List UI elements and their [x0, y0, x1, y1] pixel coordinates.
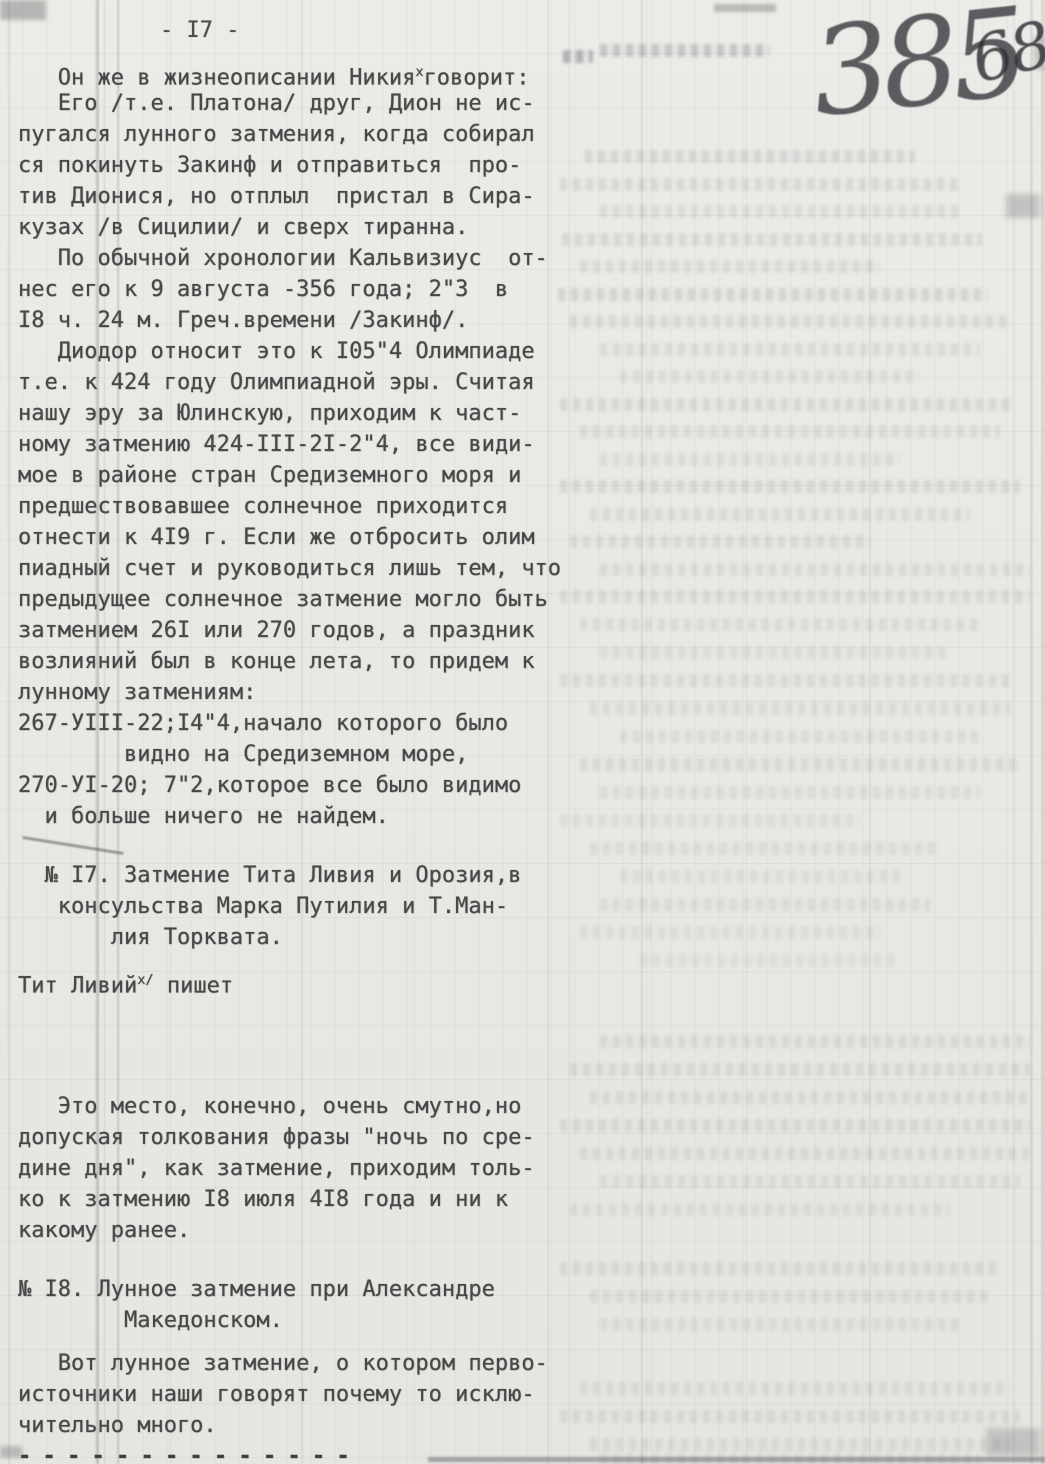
- ghost-text-line: [590, 1290, 990, 1303]
- ghost-text-line: [600, 453, 900, 466]
- typed-line: и больше ничего не найдем.: [18, 801, 578, 832]
- ghost-text-line: [590, 1438, 1010, 1451]
- fold-crease-streak: [1030, 0, 1033, 1464]
- ghost-text-line: [585, 150, 915, 163]
- ghost-text-line: [620, 370, 920, 383]
- typed-line: Это место, конечно, очень смутно,но: [18, 1091, 578, 1122]
- ghost-text-line: [600, 563, 1030, 576]
- scan-smudge: [714, 4, 776, 12]
- ghost-text-line: [600, 1035, 1030, 1048]
- typed-line: дине дня", как затмение, приходим толь-: [18, 1153, 578, 1184]
- typed-line: ному затмению 424-III-2I-2"4, все види-: [18, 429, 578, 460]
- typed-line: 267-УIII-22;I4"4,начало которого было: [18, 708, 578, 739]
- ghost-text-line: [560, 814, 860, 827]
- fold-crease-streak: [746, 0, 747, 1464]
- ghost-text-line: [560, 674, 1010, 687]
- typed-line: предыдущее солнечное затмение могло быть: [18, 584, 578, 615]
- ghost-text-line: [580, 1382, 1010, 1395]
- scanned-document-page: - I7 - 385 68 Он же в жизнеописании Ники…: [0, 0, 1045, 1464]
- handwritten-number-385: 385: [805, 0, 1028, 145]
- ghost-text-line: [570, 1203, 950, 1216]
- heading-eclipse-17: № I7. Затмение Тита Ливия и Орозия,в кон…: [18, 860, 578, 953]
- typed-line: Он же в жизнеописании Никияхговорит:: [18, 57, 578, 88]
- typed-line: нес его к 9 августа -356 года; 2"3 в: [18, 274, 578, 305]
- ghost-text-line: [580, 758, 1020, 771]
- ghost-text-line: [560, 1119, 1030, 1132]
- typed-line: № I7. Затмение Тита Ливия и Орозия,в: [18, 860, 578, 891]
- typed-line: т.е. к 424 году Олимпиадной эры. Считая: [18, 367, 578, 398]
- ghost-text-line: [560, 178, 960, 191]
- dashed-separator: - - - - - - - - - - - - - -: [18, 1441, 578, 1464]
- ghost-text-line: [590, 842, 940, 855]
- paragraph-calvisius: По обычной хронологии Кальвизиус от-нес …: [18, 243, 578, 336]
- ghost-text-line: [600, 898, 930, 911]
- typed-line: возлияний был в конце лета, то придем к: [18, 646, 578, 677]
- ghost-text-line: [560, 590, 1030, 603]
- ghost-text-line: [580, 260, 880, 273]
- typed-line: лунному затмениям:: [18, 677, 578, 708]
- ghost-text-line: [580, 926, 880, 939]
- typed-line: ся покинуть Закинф и отправиться про-: [18, 150, 578, 181]
- ghost-text-line: [562, 233, 982, 246]
- ghost-text-line: [570, 535, 870, 548]
- ghost-text-line: [600, 1318, 960, 1331]
- typed-line: Диодор относит это к I05"4 Олимпиаде: [18, 336, 578, 367]
- ghost-text-line: [600, 786, 980, 799]
- page-number: - I7 -: [160, 18, 239, 43]
- typewritten-text-column: Он же в жизнеописании Никияхговорит: Его…: [18, 57, 578, 1464]
- heading-eclipse-18: № I8. Лунное затмение при Александре Мак…: [18, 1274, 578, 1336]
- paragraph-interpretation: Это место, конечно, очень смутно,нодопус…: [18, 1091, 578, 1246]
- typed-line: Тит Ливийх/ пишет: [18, 965, 578, 996]
- typed-line: видно на Средиземном море,: [18, 739, 578, 770]
- paragraph-titus-livius: Тит Ливийх/ пишет: [18, 965, 578, 996]
- ghost-text-line: [590, 702, 1010, 715]
- typed-line: нашу эру за Юлинскую, приходим к част-: [18, 398, 578, 429]
- typed-line: чительно много.: [18, 1410, 578, 1441]
- typed-line: - - - - - - - - - - - - - -: [18, 1441, 578, 1464]
- fold-crease-streak: [651, 0, 652, 1464]
- ghost-text-line: [560, 1262, 1000, 1275]
- typed-line: предшествовавшее солнечное приходится: [18, 491, 578, 522]
- list-lunar-eclipses: 267-УIII-22;I4"4,начало которого было ви…: [18, 708, 578, 832]
- ghost-text-line: [570, 1063, 1030, 1076]
- ghost-text-line: [640, 954, 900, 967]
- typed-line: Его /т.е. Платона/ друг, Дион не ис-: [18, 88, 578, 119]
- scan-smudge: [1034, 36, 1044, 70]
- ghost-text-line: [558, 288, 988, 301]
- handwritten-number-68: 68: [964, 8, 1045, 99]
- ghost-text-line: [600, 1453, 980, 1464]
- fold-crease-streak: [641, 0, 643, 1464]
- paragraph-diodorus: Диодор относит это к I05"4 Олимпиадет.е.…: [18, 336, 578, 708]
- ghost-text-line: [560, 1410, 1020, 1423]
- ghost-text-line: [580, 425, 1000, 438]
- typed-line: По обычной хронологии Кальвизиус от-: [18, 243, 578, 274]
- fold-crease-streak: [8, 0, 10, 1464]
- ghost-text-line: [600, 1175, 1020, 1188]
- paragraph-nikias: Он же в жизнеописании Никияхговорит:: [18, 57, 578, 88]
- typed-line: допуская толкования фразы "ночь по сре-: [18, 1122, 578, 1153]
- ghost-text-line: [600, 44, 770, 57]
- typed-line: источники наши говорят почему то исклю-: [18, 1379, 578, 1410]
- typed-line: мое в районе стран Средиземного моря и: [18, 460, 578, 491]
- ghost-text-line: [580, 1147, 1030, 1160]
- fold-crease-streak: [869, 0, 871, 1464]
- typed-line: № I8. Лунное затмение при Александре: [18, 1274, 578, 1305]
- typed-line: консульства Марка Путилия и Т.Ман-: [18, 891, 578, 922]
- ghost-text-line: [590, 508, 970, 521]
- typed-line: Македонском.: [18, 1305, 578, 1336]
- fold-crease-streak: [1013, 0, 1015, 1464]
- ghost-text-line: [590, 1091, 1030, 1104]
- ghost-text-line: [620, 730, 980, 743]
- typed-line: I8 ч. 24 м. Греч.времени /Закинф/.: [18, 305, 578, 336]
- typed-line: тив Дионися, но отплыл пристал в Сира-: [18, 181, 578, 212]
- typed-line: 270-УI-20; 7"2,которое все было видимо: [18, 770, 578, 801]
- ghost-text-line: [570, 315, 1010, 328]
- typed-line: пугался лунного затмения, когда собирал: [18, 119, 578, 150]
- scan-smudge: [986, 1428, 1040, 1456]
- scan-smudge: [0, 0, 46, 20]
- scan-smudge: [1006, 194, 1040, 218]
- typed-line: какому ранее.: [18, 1215, 578, 1246]
- ghost-text-line: [600, 205, 960, 218]
- typed-line: отнести к 4I9 г. Если же отбросить олим: [18, 522, 578, 553]
- ghost-text-line: [560, 480, 1020, 493]
- ghost-text-line: [580, 618, 980, 631]
- ghost-text-line: [600, 646, 950, 659]
- ghost-text-line: [600, 343, 980, 356]
- typed-line: пиадный счет и руководиться лишь тем, чт…: [18, 553, 578, 584]
- ghost-text-line: [560, 398, 1010, 411]
- ghost-text-line: [620, 870, 900, 883]
- fold-crease-streak: [1041, 0, 1045, 1464]
- typed-line: затмением 26I или 270 годов, а праздник: [18, 615, 578, 646]
- typed-line: ко к затмению I8 июля 4I8 года и ни к: [18, 1184, 578, 1215]
- paragraph-alexander: Вот лунное затмение, о котором перво-ист…: [18, 1348, 578, 1441]
- paragraph-plato-dion: Его /т.е. Платона/ друг, Дион не ис-пуга…: [18, 88, 578, 243]
- typed-line: кузах /в Сицилии/ и сверх тиранна.: [18, 212, 578, 243]
- typed-line: Вот лунное затмение, о котором перво-: [18, 1348, 578, 1379]
- typed-line: лия Торквата.: [18, 922, 578, 953]
